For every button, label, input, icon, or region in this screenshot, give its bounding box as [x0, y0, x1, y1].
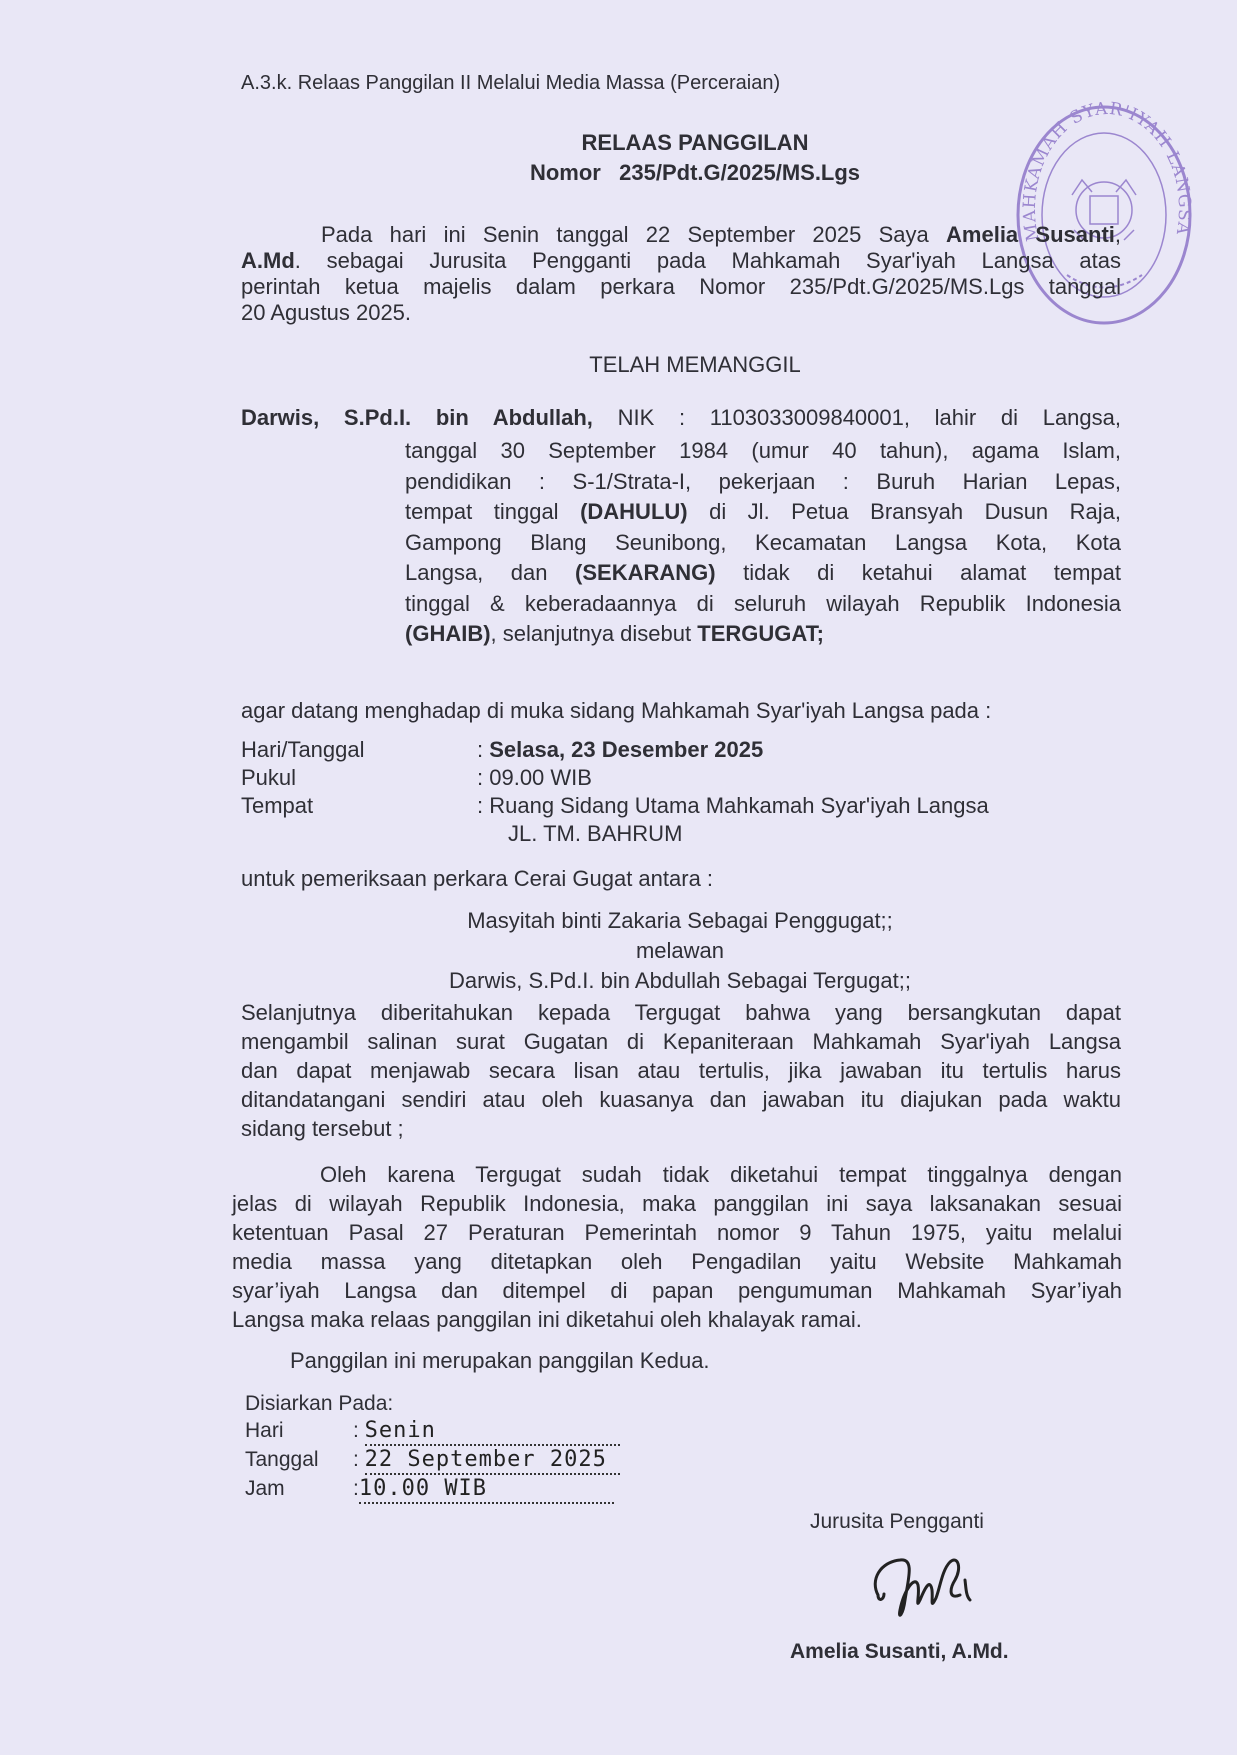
signer-role: Jurusita Pengganti	[810, 1510, 984, 1534]
broadcast-day: Senin	[365, 1418, 436, 1443]
hearing-date: Selasa, 23 Desember 2025	[489, 736, 763, 764]
summons-intro: agar datang menghadap di muka sidang Mah…	[241, 698, 991, 724]
case-intro: untuk pemeriksaan perkara Cerai Gugat an…	[241, 866, 713, 892]
called-heading: TELAH MEMANGGIL	[400, 352, 990, 378]
signer-name: Amelia Susanti, A.Md.	[790, 1640, 1009, 1664]
notice-paragraph: Selanjutnya diberitahukan kepada Terguga…	[241, 998, 1121, 1143]
opening-paragraph: Pada hari ini Senin tanggal 22 September…	[241, 222, 1121, 326]
signature-icon	[870, 1540, 1000, 1630]
form-code: A.3.k. Relaas Panggilan II Melalui Media…	[241, 70, 780, 96]
broadcast-info: Disiarkan Pada: Hari: Senin Tanggal: 22 …	[245, 1390, 620, 1504]
second-call-note: Panggilan ini merupakan panggilan Kedua.	[290, 1348, 710, 1374]
officer-name: Amelia Susanti	[946, 222, 1115, 247]
hearing-time: 09.00 WIB	[489, 764, 592, 792]
case-number: Nomor 235/Pdt.G/2025/MS.Lgs	[400, 160, 990, 186]
case-parties: Masyitah binti Zakaria Sebagai Penggugat…	[300, 906, 1060, 996]
case-number-value: 235/Pdt.G/2025/MS.Lgs	[619, 160, 860, 185]
defendant: Darwis, S.Pd.I. bin Abdullah Sebagai Ter…	[300, 966, 1060, 996]
document-title: RELAAS PANGGILAN	[400, 130, 990, 156]
defendant-details: tanggal 30 September 1984 (umur 40 tahun…	[405, 436, 1121, 650]
reason-paragraph: Oleh karena Tergugat sudah tidak diketah…	[232, 1160, 1122, 1334]
hearing-schedule: Hari/Tanggal: Selasa, 23 Desember 2025 P…	[241, 736, 989, 848]
plaintiff: Masyitah binti Zakaria Sebagai Penggugat…	[300, 906, 1060, 936]
defendant-name: Darwis, S.Pd.I. bin Abdullah,	[241, 405, 593, 430]
broadcast-date: 22 September 2025	[365, 1447, 607, 1472]
case-number-label: Nomor	[530, 160, 601, 185]
broadcast-time: 10.00 WIB	[359, 1476, 487, 1501]
defendant-identity: Darwis, S.Pd.I. bin Abdullah, NIK : 1103…	[241, 405, 1121, 431]
hearing-place: Ruang Sidang Utama Mahkamah Syar'iyah La…	[489, 792, 989, 820]
